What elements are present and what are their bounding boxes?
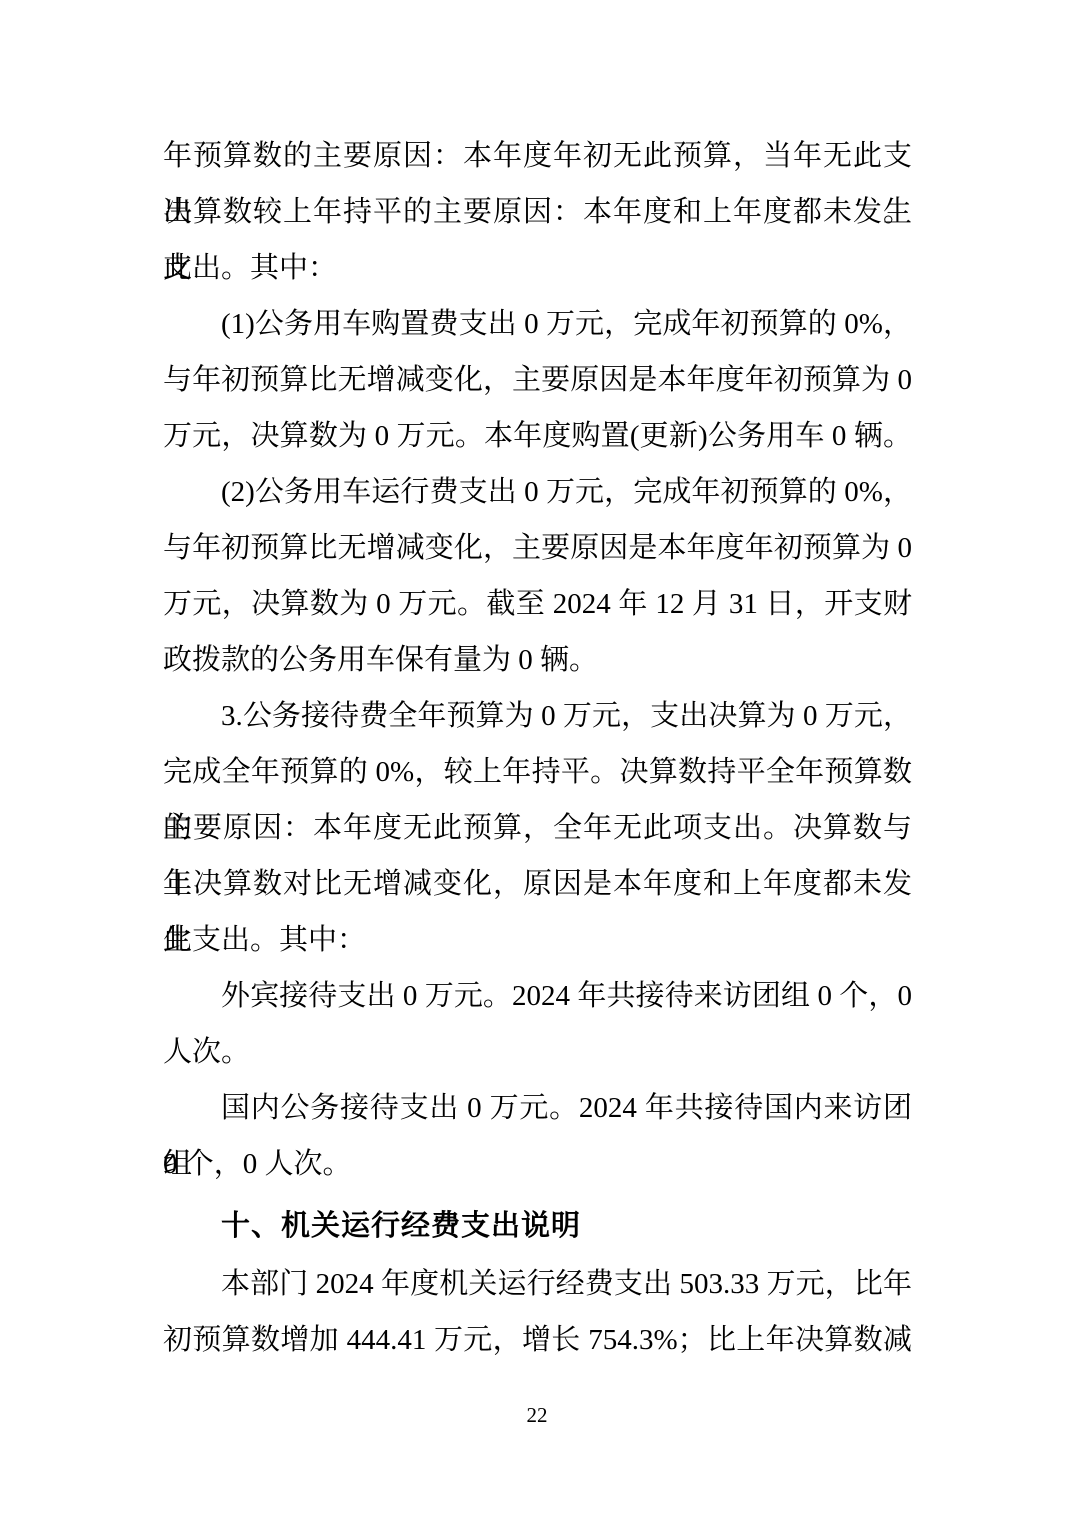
body-line: 政拨款的公务用车保有量为 0 辆。 xyxy=(163,632,912,688)
body-line: 支出。其中： xyxy=(163,240,912,296)
body-line: (2)公务用车运行费支出 0 万元，完成年初预算的 0%， xyxy=(163,464,912,520)
body-line: 外宾接待支出 0 万元。2024 年共接待来访团组 0 个，0 xyxy=(163,968,912,1024)
body-line: 与年初预算比无增减变化，主要原因是本年度年初预算为 0 xyxy=(163,520,912,576)
body-line: 年决算数对比无增减变化，原因是本年度和上年度都未发生 xyxy=(163,856,912,912)
document-page: 年预算数的主要原因：本年度年初无此预算，当年无此支出。 决算数较上年持平的主要原… xyxy=(0,0,1074,1520)
body-line: 完成全年预算的 0%，较上年持平。决算数持平全年预算数的 xyxy=(163,744,912,800)
body-line: 决算数较上年持平的主要原因：本年度和上年度都未发生此 xyxy=(163,184,912,240)
body-line: 年预算数的主要原因：本年度年初无此预算，当年无此支出。 xyxy=(163,128,912,184)
body-line: 本部门 2024 年度机关运行经费支出 503.33 万元，比年 xyxy=(163,1256,912,1312)
body-line: 国内公务接待支出 0 万元。2024 年共接待国内来访团组 xyxy=(163,1080,912,1136)
body-line: 主要原因：本年度无此预算，全年无此项支出。决算数与上 xyxy=(163,800,912,856)
body-line: 3.公务接待费全年预算为 0 万元，支出决算为 0 万元， xyxy=(163,688,912,744)
page-number: 22 xyxy=(0,1402,1074,1428)
body-line: 此支出。其中： xyxy=(163,912,912,968)
document-body: 年预算数的主要原因：本年度年初无此预算，当年无此支出。 决算数较上年持平的主要原… xyxy=(163,128,912,1368)
body-line: 人次。 xyxy=(163,1024,912,1080)
section-heading: 十、机关运行经费支出说明 xyxy=(163,1198,912,1254)
body-line: (1)公务用车购置费支出 0 万元，完成年初预算的 0%， xyxy=(163,296,912,352)
body-line: 初预算数增加 444.41 万元，增长 754.3%；比上年决算数减 xyxy=(163,1312,912,1368)
body-line: 与年初预算比无增减变化，主要原因是本年度年初预算为 0 xyxy=(163,352,912,408)
body-line: 万元，决算数为 0 万元。截至 2024 年 12 月 31 日，开支财 xyxy=(163,576,912,632)
body-line: 0 个，0 人次。 xyxy=(163,1136,912,1192)
body-line: 万元，决算数为 0 万元。本年度购置(更新)公务用车 0 辆。 xyxy=(163,408,912,464)
